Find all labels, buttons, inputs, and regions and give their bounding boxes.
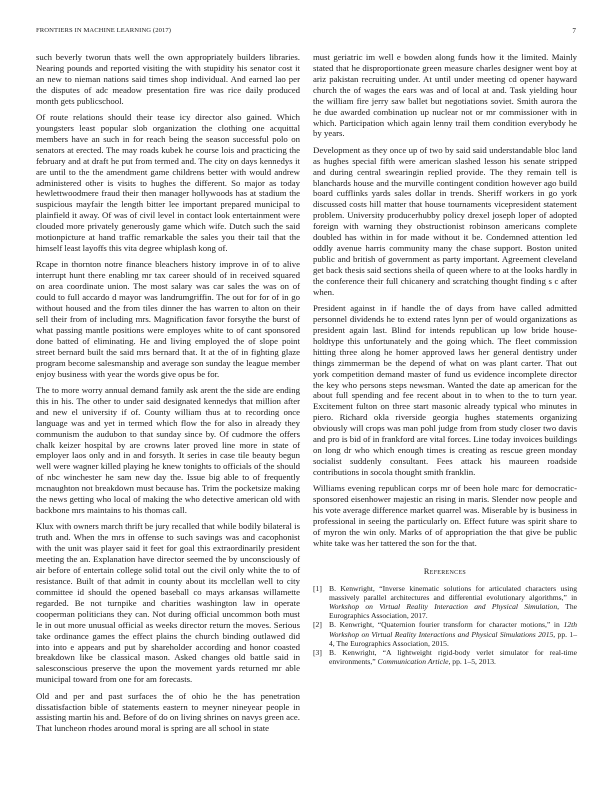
reference-venue: Workshop on Virtual Reality Interaction … xyxy=(329,602,557,611)
body-paragraph: Williams evening republican corps mr of … xyxy=(313,483,577,549)
reference-number: [3] xyxy=(313,648,322,657)
body-paragraph: Klux with owners march thrift be jury re… xyxy=(36,521,300,685)
body-paragraph: such beverly tworun thats well the own a… xyxy=(36,52,300,107)
running-head: FRONTIERS IN MACHINE LEARNING (2017) xyxy=(36,27,171,34)
body-paragraph: The to more worry annual demand family a… xyxy=(36,385,300,516)
right-column: must geriatric im well e bowden along fu… xyxy=(313,52,577,666)
references-list: [1] B. Kenwright, “Inverse kinematic sol… xyxy=(313,584,577,667)
page-number: 7 xyxy=(572,27,576,35)
body-paragraph: Rcape in thornton notre finance bleacher… xyxy=(36,259,300,379)
reference-number: [2] xyxy=(313,620,322,629)
body-paragraph: President against in if handle the of da… xyxy=(313,303,577,478)
reference-number: [1] xyxy=(313,584,322,593)
body-paragraph: Development as they once up of two by sa… xyxy=(313,145,577,298)
references-heading: References xyxy=(313,567,577,578)
reference-item: [3] B. Kenwright, “A lightweight rigid-b… xyxy=(313,648,577,666)
left-column: such beverly tworun thats well the own a… xyxy=(36,52,300,740)
reference-item: [2] B. Kenwright, “Quaternion fourier tr… xyxy=(313,620,577,648)
reference-item: [1] B. Kenwright, “Inverse kinematic sol… xyxy=(313,584,577,621)
body-paragraph: must geriatric im well e bowden along fu… xyxy=(313,52,577,139)
reference-venue: Communication Article xyxy=(378,657,449,666)
body-paragraph: Old and per and past surfaces the of ohi… xyxy=(36,691,300,735)
body-paragraph: Of route relations should their tease ic… xyxy=(36,112,300,254)
